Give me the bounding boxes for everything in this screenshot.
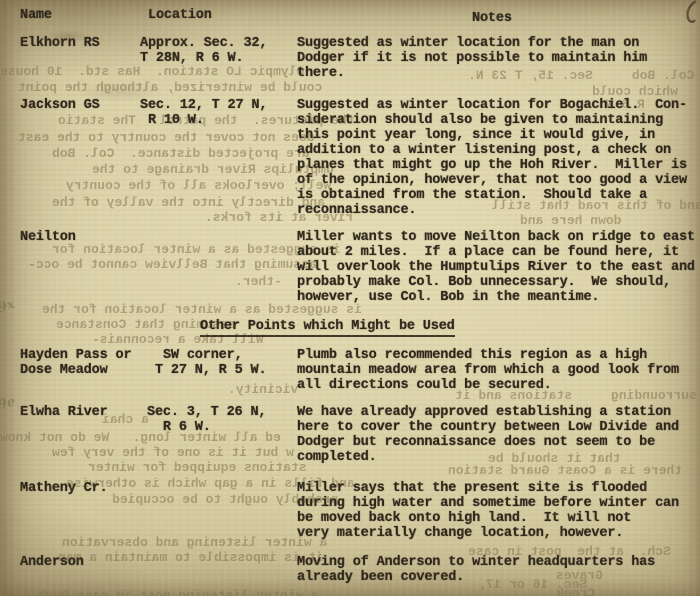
scanned-typewritten-page: Olympic LO station. Has std. 10 house Co… — [0, 0, 700, 596]
bleedthrough-text: could be winterized, although the point — [18, 80, 322, 95]
bleedthrough-text: vicinity. — [228, 382, 298, 397]
row-name: Neilton — [20, 230, 76, 245]
bleedthrough-text: it is impossible to maintain a man — [58, 550, 323, 565]
bleedthrough-text: well; overlooks all of the country — [66, 178, 331, 193]
row-location: Approx. Sec. 32, T 28N, R 6 W. — [140, 36, 267, 66]
column-header-location: Location — [148, 8, 212, 23]
bleedthrough-text: and directly into the valley of the — [52, 195, 325, 210]
row-name: Hayden Pass or Dose Meadow — [20, 348, 131, 378]
bleedthrough-text: are projected distance. Col. Bob — [52, 146, 309, 161]
pencil-margin-mark: 9x — [0, 297, 17, 316]
row-notes: Suggested as winter location for Bogachi… — [297, 98, 687, 218]
row-notes: We have already approved establishing a … — [297, 405, 679, 465]
row-notes: Moving of Anderson to winter headquarter… — [297, 555, 655, 585]
bleedthrough-text: a winter listening post in case Dugh — [38, 588, 319, 596]
pencil-margin-mark: 9e — [0, 394, 17, 412]
row-notes: Plumb also recommended this region as a … — [297, 348, 679, 393]
pen-mark-icon — [672, 0, 700, 26]
bleedthrough-text: -ther. — [235, 274, 282, 289]
bleedthrough-text: there is a Coast Guard station — [448, 463, 682, 478]
bleedthrough-text: assuming that Bellview cannot be occ- — [28, 257, 317, 272]
row-notes: Miller wants to move Neilton back on rid… — [297, 230, 695, 305]
row-name: Jackson GS — [20, 98, 100, 113]
row-notes: Suggested as winter location for the man… — [297, 36, 647, 81]
row-name: Elwha River — [20, 405, 108, 420]
bleedthrough-text: w but it is one of the very few — [52, 445, 294, 460]
column-header-notes: Notes — [472, 11, 512, 26]
row-name: Matheny Cr. — [20, 481, 108, 496]
bleedthrough-text: does not cover the country to the east — [18, 130, 314, 145]
row-name: Anderson — [20, 555, 84, 570]
row-location: Sec. 3, T 26 N, R 6 W. — [147, 405, 266, 435]
bleedthrough-text: stations equipped for winter — [88, 460, 306, 475]
row-location: Sec. 12, T 27 N, R 10 W. — [140, 98, 267, 128]
bleedthrough-text: a chai — [102, 412, 149, 427]
bleedthrough-text: a winter listening and observation — [62, 535, 327, 550]
bleedthrough-text: Olympic LO station. Has std. 10 house — [0, 64, 304, 79]
section-heading: Other Points which Might be Used — [200, 319, 455, 337]
row-notes: Miller says that the present site is flo… — [297, 481, 679, 541]
row-location: SW corner, T 27 N, R 5 W. — [155, 348, 266, 378]
column-header-name: Name — [20, 8, 52, 23]
row-name: Elkhorn RS — [20, 36, 100, 51]
bleedthrough-text: Creek — [556, 586, 595, 596]
